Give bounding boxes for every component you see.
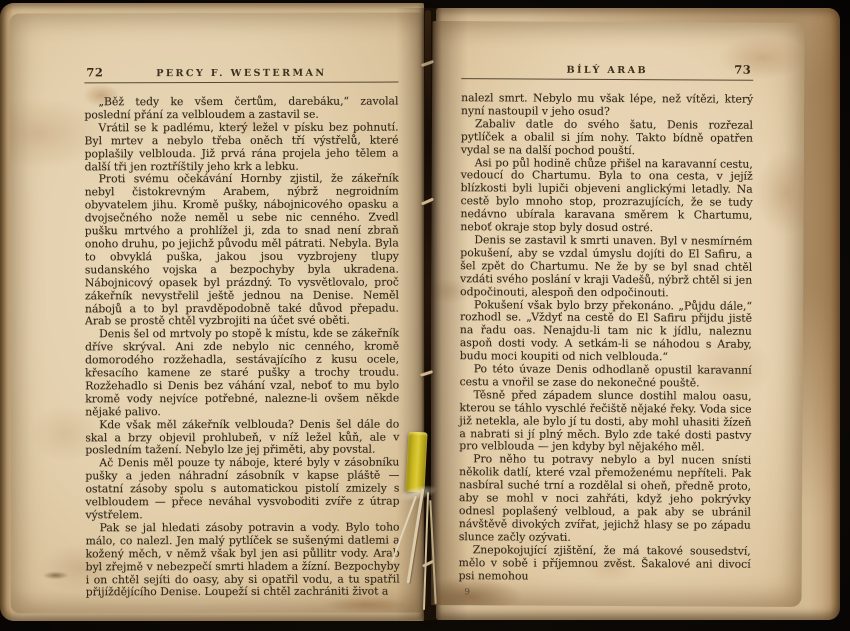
left-running-header: PERCY F. WESTERMAN	[84, 65, 398, 80]
right-page-text-block: BÍLÝ ARAB 73 nalezl smrt. Nebylo mu však…	[459, 61, 754, 599]
right-page-body: nalezl smrt. Nebylo mu však lépe, než ví…	[459, 92, 754, 584]
right-running-header: BÍLÝ ARAB	[461, 61, 753, 77]
paragraph: Denis se zastavil k smrti unaven. Byl v …	[460, 234, 752, 300]
paragraph: Po této úvaze Denis odhodlaně opustil ka…	[460, 363, 752, 390]
left-page-number: 72	[86, 65, 103, 79]
paragraph: nalezl smrt. Nebylo mu však lépe, než ví…	[461, 92, 753, 119]
right-page-number: 73	[734, 63, 751, 77]
left-page: 72 PERCY F. WESTERMAN „Běž tedy ke všem …	[9, 12, 423, 613]
paragraph: Těsně před západem slunce dostihl malou …	[459, 389, 751, 455]
left-page-text-block: 72 PERCY F. WESTERMAN „Běž tedy ke všem …	[84, 65, 399, 600]
paragraph: Kde však měl zákeřník velblouda? Denis š…	[85, 418, 399, 458]
paragraph: Pak se jal hledati zásoby potravin a vod…	[86, 521, 400, 599]
paragraph: Pro něho tu potravy nebylo a byl nucen s…	[459, 454, 751, 546]
paragraph: Zabaliv datle do svého šatu, Denis rozře…	[461, 118, 753, 158]
left-page-body: „Běž tedy ke všem čertům, darebáku,“ zav…	[84, 96, 399, 600]
paragraph: Znepokojující zjištění, že má takové sou…	[459, 544, 751, 584]
spine-crack	[425, 10, 431, 618]
paragraph: Proti svému očekávání Hornby zjistil, že…	[85, 173, 399, 329]
right-page: BÍLÝ ARAB 73 nalezl smrt. Nebylo mu však…	[429, 21, 804, 607]
paragraph: „Běž tedy ke všem čertům, darebáku,“ zav…	[84, 96, 398, 123]
paragraph: Ač Denis měl pouze ty náboje, které byly…	[85, 457, 399, 522]
right-page-header: BÍLÝ ARAB 73	[461, 61, 753, 81]
paragraph: Pokušení však bylo brzy překonáno. „Půjd…	[460, 299, 752, 365]
paragraph: Vrátil se k padlému, který ležel v písku…	[84, 121, 398, 173]
left-page-header: 72 PERCY F. WESTERMAN	[84, 65, 398, 84]
open-book-photo: 72 PERCY F. WESTERMAN „Běž tedy ke všem …	[0, 0, 850, 631]
paragraph: Denis šel od mrtvoly po stopě k místu, k…	[85, 328, 399, 419]
signature-mark: 9	[465, 588, 751, 599]
paragraph: Asi po půl hodině chůze přišel na karava…	[460, 157, 752, 236]
